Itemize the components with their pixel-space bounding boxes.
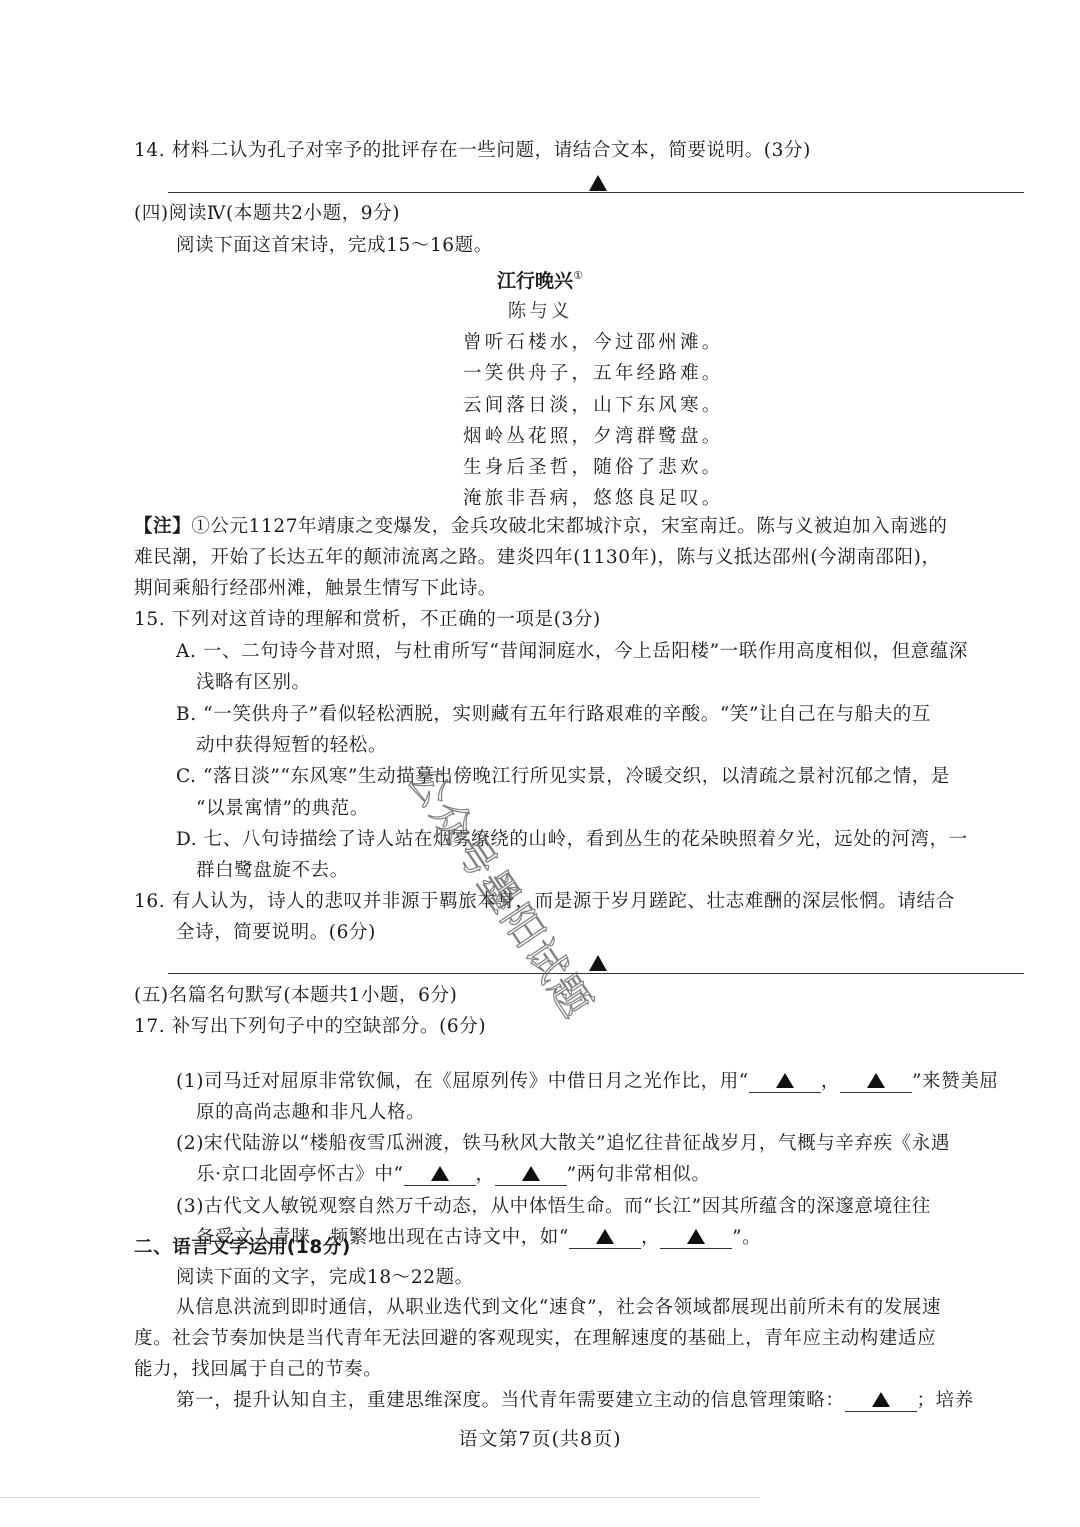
answer-area-triangle-icon <box>589 175 607 191</box>
option-c-line-1: C. “落日淡”“东风寒”生动描摹出傍晚江行所见实景，冷暖交织，以清疏之景衬沉郁… <box>176 766 950 788</box>
triangle-icon <box>867 1073 885 1088</box>
poem-line: 曾听石楼水，今过邵州滩。 <box>463 328 723 354</box>
poem-author: 陈与义 <box>0 297 1080 323</box>
poem-line: 淹旅非吾病，悠悠良足叹。 <box>463 484 723 510</box>
question-14: 14. 材料二认为孔子对宰予的批评存在一些问题，请结合文本，简要说明。(3分) <box>134 140 811 162</box>
answer-line <box>168 192 1024 193</box>
poem-title-text: 江行晚兴 <box>497 270 573 292</box>
question-15-stem: 15. 下列对这首诗的理解和赏析，不正确的一项是(3分) <box>134 609 601 631</box>
section-4-heading: (四)阅读Ⅳ(本题共2小题，9分) <box>134 203 400 225</box>
option-a-line-2: 浅略有区别。 <box>196 672 311 694</box>
passage-line: 从信息洪流到即时通信，从职业迭代到文化“速食”，社会各领域都展现出前所未有的发展… <box>176 1297 941 1319</box>
fill-blank[interactable] <box>845 1391 917 1412</box>
part-2-heading: 二、语言文字运用(18分) <box>134 1237 351 1259</box>
passage-text-end: ；培养 <box>917 1390 974 1411</box>
page-footer: 语文第7页(共8页) <box>0 1424 1080 1451</box>
q17-item-2-line-1: (2)宋代陆游以“楼船夜雪瓜洲渡，铁马秋风大散关”追忆往昔征战岁月，气概与辛弃疾… <box>176 1133 950 1155</box>
triangle-icon <box>776 1073 794 1088</box>
comma: ， <box>476 1164 495 1185</box>
fill-blank[interactable] <box>749 1072 821 1093</box>
poem-line: 生身后圣哲，随俗了悲欢。 <box>463 453 723 479</box>
q17-item-2-text: 乐·京口北固亭怀古》中“ <box>196 1164 404 1185</box>
q17-item-1-text: (1)司马迁对屈原非常钦佩，在《屈原列传》中借日月之光作比，用“ <box>176 1071 749 1092</box>
section-4-instruction: 阅读下面这首宋诗，完成15～16题。 <box>176 235 493 257</box>
option-c-line-2: “以景寓情”的典范。 <box>196 798 369 820</box>
triangle-icon <box>596 1229 614 1244</box>
fill-blank[interactable] <box>495 1165 567 1186</box>
answer-line <box>168 973 1024 974</box>
comma: ， <box>821 1071 840 1092</box>
scan-edge-line <box>0 1497 760 1498</box>
fill-blank[interactable] <box>840 1072 912 1093</box>
passage-line-with-blank: 第一，提升认知自主，重建思维深度。当代青年需要建立主动的信息管理策略：；培养 <box>176 1390 974 1412</box>
option-b-line-2: 动中获得短暂的轻松。 <box>196 735 387 757</box>
section-5-heading: (五)名篇名句默写(本题共1小题，6分) <box>134 985 457 1007</box>
q17-item-2-line-2: 乐·京口北固亭怀古》中“，”两句非常相似。 <box>196 1164 710 1186</box>
fill-blank[interactable] <box>569 1228 641 1249</box>
answer-area-triangle-icon <box>589 955 607 971</box>
poem-line: 云间落日淡，山下东风寒。 <box>463 391 723 417</box>
poem-note-marker: ① <box>573 269 583 282</box>
q17-item-1-line-2: 原的高尚志趣和非凡人格。 <box>196 1102 425 1124</box>
q17-item-2-text-end: ”两句非常相似。 <box>567 1164 711 1185</box>
fill-blank[interactable] <box>404 1165 476 1186</box>
option-d-line-1: D. 七、八句诗描绘了诗人站在烟雾缭绕的山岭，看到丛生的花朵映照着夕光，远处的河… <box>176 829 968 851</box>
q17-item-3-text-end: ”。 <box>732 1227 761 1248</box>
option-a-line-1: A. 一、二句诗今昔对照，与杜甫所写“昔闻洞庭水，今上岳阳楼”一联作用高度相似，… <box>176 641 968 663</box>
poem-line: 烟岭丛花照，夕湾群鹭盘。 <box>463 422 723 448</box>
note-label: 【注】 <box>134 516 191 537</box>
poem-title: 江行晚兴① <box>0 266 1080 293</box>
poem-note-line-1: 【注】①公元1127年靖康之变爆发，金兵攻破北宋都城汴京，宋室南迁。陈与义被迫加… <box>134 516 948 538</box>
option-d-line-2: 群白鹭盘旋不去。 <box>196 860 349 882</box>
triangle-icon <box>872 1392 890 1407</box>
q17-item-3-line-1: (3)古代文人敏锐观察自然万千动态，从中体悟生命。而“长江”因其所蕴含的深邃意境… <box>176 1196 931 1218</box>
passage-line: 能力，找回属于自己的节奏。 <box>134 1359 382 1381</box>
q17-item-1-text-end: ”来赞美屈 <box>912 1071 998 1092</box>
note-text: ①公元1127年靖康之变爆发，金兵攻破北宋都城汴京，宋室南迁。陈与义被迫加入南逃… <box>191 516 947 537</box>
passage-text: 第一，提升认知自主，重建思维深度。当代青年需要建立主动的信息管理策略： <box>176 1390 845 1411</box>
question-17-stem: 17. 补写出下列句子中的空缺部分。(6分) <box>134 1016 486 1038</box>
part-2-instruction: 阅读下面的文字，完成18～22题。 <box>176 1267 474 1289</box>
triangle-icon <box>687 1229 705 1244</box>
triangle-icon <box>522 1166 540 1181</box>
q17-item-1-line-1: (1)司马迁对屈原非常钦佩，在《屈原列传》中借日月之光作比，用“，”来赞美屈 <box>176 1071 998 1093</box>
poem-line: 一笑供舟子，五年经路难。 <box>463 359 723 385</box>
poem-note-line-2: 难民潮，开始了长达五年的颠沛流离之路。建炎四年(1130年)，陈与义抵达邵州(今… <box>134 547 941 569</box>
exam-page: 14. 材料二认为孔子对宰予的批评存在一些问题，请结合文本，简要说明。(3分) … <box>0 0 1080 1527</box>
question-16-line-2: 全诗，简要说明。(6分) <box>176 922 376 944</box>
option-b-line-1: B. “一笑供舟子”看似轻松洒脱，实则藏有五年行路艰难的辛酸。“笑”让自己在与船… <box>176 704 931 726</box>
fill-blank[interactable] <box>660 1228 732 1249</box>
triangle-icon <box>431 1166 449 1181</box>
comma: ， <box>641 1227 660 1248</box>
poem-note-line-3: 期间乘船行经邵州滩，触景生情写下此诗。 <box>134 578 497 600</box>
passage-line: 度。社会节奏加快是当代青年无法回避的客观现实，在理解速度的基础上，青年应主动构建… <box>134 1328 936 1350</box>
